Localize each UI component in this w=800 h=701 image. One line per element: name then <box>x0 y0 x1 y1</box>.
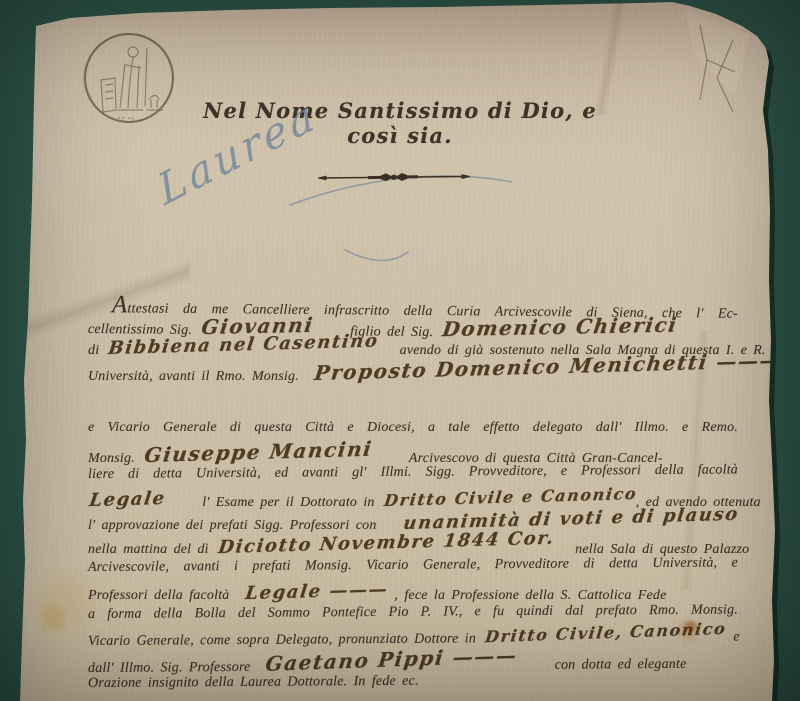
document-line: e Vicario Generale di questa Città e Dio… <box>88 420 738 443</box>
printed-text: Professori della facoltà <box>88 588 230 604</box>
printed-text: nella mattina del dì <box>88 542 209 558</box>
printed-text: l' approvazione dei prefati Sigg. Profes… <box>88 518 377 534</box>
aged-paper-sheet: Nel Nome Santissimo di Dio, e così sia. … <box>0 0 800 701</box>
printed-text: l' Esame per il Dottorato in <box>202 495 374 511</box>
photo-of-document: Nel Nome Santissimo di Dio, e così sia. … <box>0 0 800 701</box>
printed-text: e <box>733 629 740 645</box>
printed-text: Monsig. <box>88 451 135 467</box>
ornament-divider <box>318 168 470 188</box>
handwritten-faculty: Legale ——— <box>244 579 390 604</box>
printed-text: Università, avanti il Rmo. Monsig. <box>88 369 299 385</box>
document-line: Arcivescovile, avanti i prefati Monsig. … <box>88 555 738 583</box>
printed-text: di <box>88 343 99 359</box>
document-line: Orazione insignito della Laurea Dottoral… <box>88 672 738 700</box>
document-line: Università, avanti il Rmo. Monsig. Propo… <box>88 361 738 384</box>
printed-text: , fece la Professione della S. Cattolica… <box>394 588 666 604</box>
document-line: liere di detta Università, ed avanti gl'… <box>88 462 738 490</box>
handwritten-faculty: Legale <box>88 488 167 511</box>
certificate-body: Attestasi da me Cancelliere infrascritto… <box>88 291 738 700</box>
circular-seal-stamp-icon <box>80 30 178 128</box>
handwritten-name: Giuseppe Mancini <box>143 437 374 467</box>
age-stain <box>40 598 66 638</box>
